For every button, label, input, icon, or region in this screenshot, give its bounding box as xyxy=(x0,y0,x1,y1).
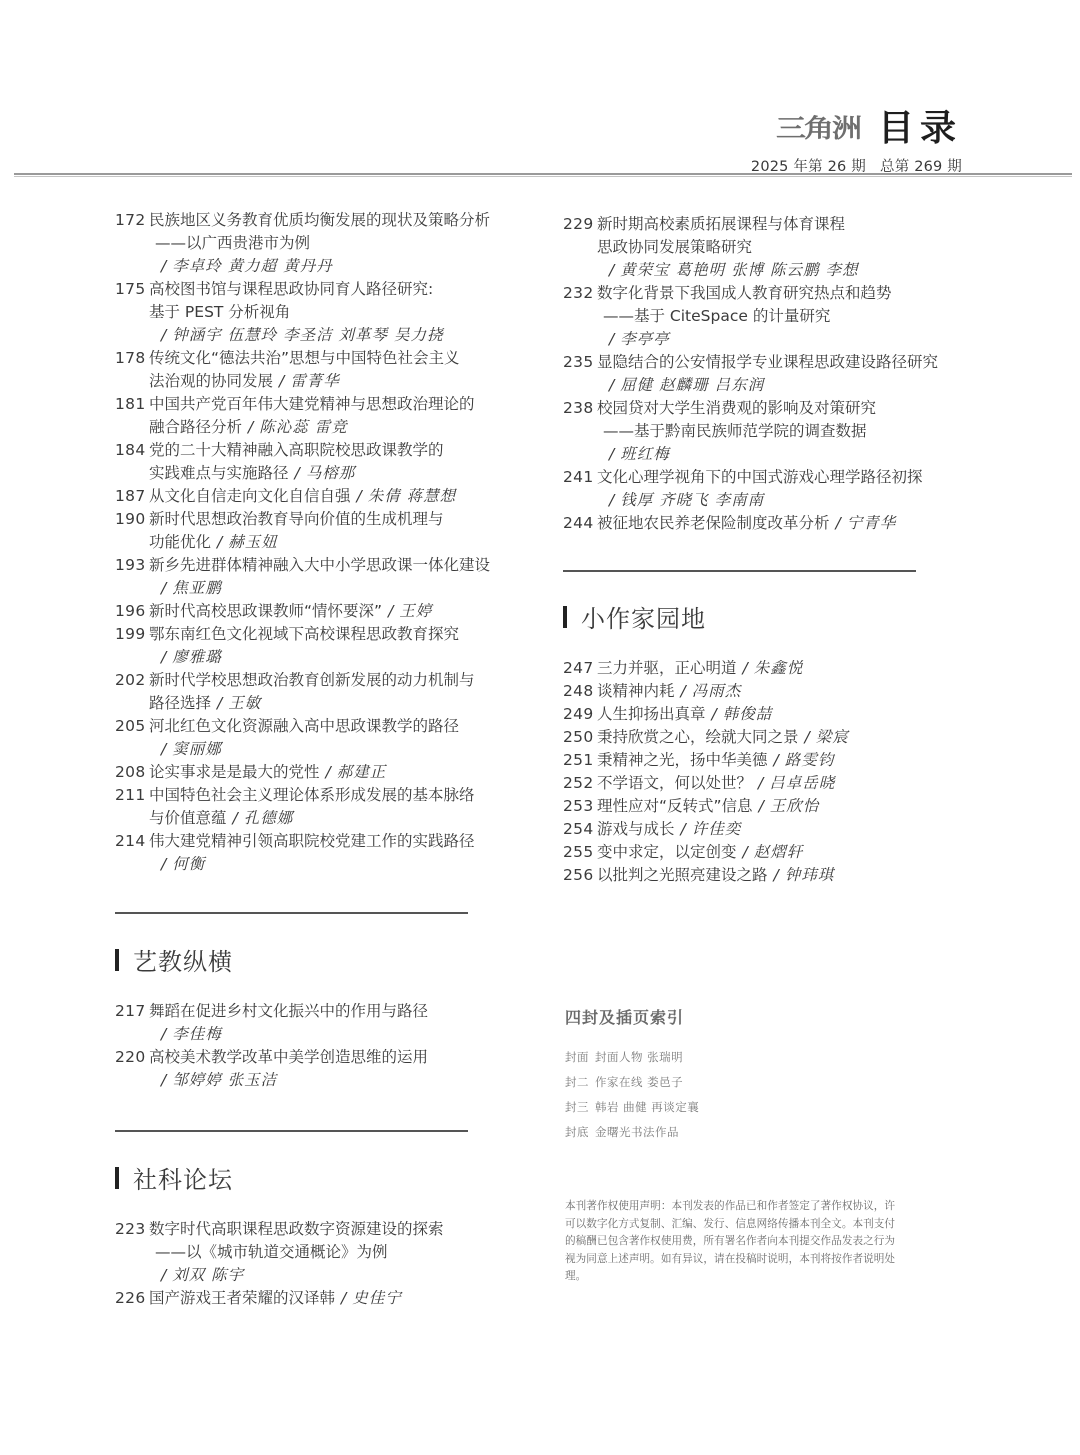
toc-entry: 187从文化自信走向文化自信自强/朱倩 蒋慧想 xyxy=(115,485,505,508)
page-number: 190 xyxy=(115,508,149,554)
article-title: 显隐结合的公安情报学专业课程思政建设路径研究 xyxy=(597,353,938,371)
section-divider xyxy=(115,912,468,914)
entry-body: 新时代学校思想政治教育创新发展的动力机制与路径选择/王敏 xyxy=(149,669,505,715)
entry-body: 数字化背景下我国成人教育研究热点和趋势——基于 CiteSpace 的计量研究/… xyxy=(597,282,953,351)
page-number: 193 xyxy=(115,554,149,600)
article-title-line: 功能优化/赫玉妞 xyxy=(149,531,505,554)
entry-body: 伟大建党精神引领高职院校党建工作的实践路径/何衡 xyxy=(149,830,505,876)
article-title: 思政协同发展策略研究 xyxy=(597,238,752,256)
cover-index-row: 封面封面人物 张瑞明 xyxy=(565,1045,885,1070)
page-number: 223 xyxy=(115,1218,149,1287)
author-line: /何衡 xyxy=(149,853,505,876)
entry-body: 党的二十大精神融入高职院校思政课教学的实践难点与实施路径/马榕那 xyxy=(149,439,505,485)
article-title-line: 秉持欣赏之心，绘就大同之景/梁宸 xyxy=(597,726,953,749)
page-number: 256 xyxy=(563,864,597,887)
author-line: /刘双 陈宇 xyxy=(149,1264,505,1287)
author-separator: / xyxy=(161,648,166,666)
author-separator: / xyxy=(341,1289,346,1307)
article-title: 功能优化 xyxy=(149,533,211,551)
entry-body: 以批判之光照亮建设之路/钟玮琪 xyxy=(597,864,953,887)
entry-body: 民族地区义务教育优质均衡发展的现状及策略分析——以广西贵港市为例/李卓玲 黄力超… xyxy=(149,209,505,278)
index-content: 封面人物 张瑞明 xyxy=(595,1050,683,1064)
page-number: 175 xyxy=(115,278,149,347)
article-title-line: 路径选择/王敏 xyxy=(149,692,505,715)
article-title-line: 以批判之光照亮建设之路/钟玮琪 xyxy=(597,864,953,887)
article-title: 路径选择 xyxy=(149,694,211,712)
index-position: 封面 xyxy=(565,1050,589,1064)
section-title: 小作家园地 xyxy=(581,599,706,634)
author-names: 郝建正 xyxy=(337,763,387,781)
article-title: 理性应对“反转式”信息 xyxy=(597,797,753,815)
section-title: 艺教纵横 xyxy=(133,942,233,977)
author-names: 陈沁蕊 雷竞 xyxy=(259,418,347,436)
author-line: /窦丽娜 xyxy=(149,738,505,761)
article-title-line: 国产游戏王者荣耀的汉译韩/史佳宁 xyxy=(149,1287,505,1310)
page-number: 232 xyxy=(563,282,597,351)
page-number: 208 xyxy=(115,761,149,784)
toc-entry: 172民族地区义务教育优质均衡发展的现状及策略分析——以广西贵港市为例/李卓玲 … xyxy=(115,209,505,278)
toc-entry: 181中国共产党百年伟大建党精神与思想政治理论的融合路径分析/陈沁蕊 雷竞 xyxy=(115,393,505,439)
author-names: 冯雨杰 xyxy=(692,682,742,700)
section-heading-social: 社科论坛 xyxy=(115,1160,505,1195)
entry-body: 新时期高校素质拓展课程与体育课程思政协同发展策略研究/黄荣宝 葛艳明 张博 陈云… xyxy=(597,213,953,282)
toc-entry: 249人生抑扬出真章/韩俊喆 xyxy=(563,703,953,726)
page-number: 252 xyxy=(563,772,597,795)
author-line: /李佳梅 xyxy=(149,1023,505,1046)
entry-body: 秉精神之光，扬中华美德/路雯钧 xyxy=(597,749,953,772)
entry-body: 人生抑扬出真章/韩俊喆 xyxy=(597,703,953,726)
author-line: /屈健 赵麟珊 吕东润 xyxy=(597,374,953,397)
author-names: 钱厚 齐晓飞 李南南 xyxy=(620,491,764,509)
article-title: 与价值意蕴 xyxy=(149,809,227,827)
page-number: 181 xyxy=(115,393,149,439)
article-title: 数字化背景下我国成人教育研究热点和趋势 xyxy=(597,284,892,302)
toc-entry: 190新时代思想政治教育导向价值的生成机理与功能优化/赫玉妞 xyxy=(115,508,505,554)
article-title-line: 与价值意蕴/孔德娜 xyxy=(149,807,505,830)
article-title: 党的二十大精神融入高职院校思政课教学的 xyxy=(149,441,444,459)
toc-entry: 196新时代高校思政课教师“情怀要深”/王婷 xyxy=(115,600,505,623)
author-separator: / xyxy=(774,751,779,769)
author-separator: / xyxy=(217,694,222,712)
toc-entry: 247三力并驱，正心明道/朱鑫悦 xyxy=(563,657,953,680)
entry-body: 不学语文，何以处世？/吕卓岳晓 xyxy=(597,772,953,795)
author-separator: / xyxy=(805,728,810,746)
article-title-line: 秉精神之光，扬中华美德/路雯钧 xyxy=(597,749,953,772)
author-separator: / xyxy=(161,257,166,275)
article-title: 鄂东南红色文化视域下高校课程思政教育探究 xyxy=(149,625,459,643)
article-title-line: 新时代高校思政课教师“情怀要深”/王婷 xyxy=(149,600,505,623)
toc-entry: 214伟大建党精神引领高职院校党建工作的实践路径/何衡 xyxy=(115,830,505,876)
toc-right-column: 229新时期高校素质拓展课程与体育课程思政协同发展策略研究/黄荣宝 葛艳明 张博… xyxy=(563,213,953,887)
author-names: 赫玉妞 xyxy=(228,533,278,551)
entry-body: 高校图书馆与课程思政协同育人路径研究:基于 PEST 分析视角/钟涵宇 伍慧玲 … xyxy=(149,278,505,347)
page-number: 244 xyxy=(563,512,597,535)
toc-list-politics: 172民族地区义务教育优质均衡发展的现状及策略分析——以广西贵港市为例/李卓玲 … xyxy=(115,209,505,876)
article-subtitle: ——以《城市轨道交通概论》为例 xyxy=(149,1241,505,1264)
author-names: 王婷 xyxy=(399,602,432,620)
toc-entry: 238校园贷对大学生消费观的影响及对策研究——基于黔南民族师范学院的调查数据/班… xyxy=(563,397,953,466)
index-position: 封三 xyxy=(565,1100,589,1114)
section-divider xyxy=(563,570,916,572)
author-separator: / xyxy=(609,445,614,463)
toc-entry: 193新乡先进群体精神融入大中小学思政课一体化建设/焦亚鹏 xyxy=(115,554,505,600)
section-title: 社科论坛 xyxy=(133,1160,233,1195)
author-separator: / xyxy=(161,855,166,873)
author-separator: / xyxy=(609,261,614,279)
article-title-line: 新时期高校素质拓展课程与体育课程 xyxy=(597,213,953,236)
entry-body: 新乡先进群体精神融入大中小学思政课一体化建设/焦亚鹏 xyxy=(149,554,505,600)
author-separator: / xyxy=(279,372,284,390)
page-number: 187 xyxy=(115,485,149,508)
author-names: 王欣怡 xyxy=(770,797,820,815)
index-content: 作家在线 娄邑子 xyxy=(595,1075,683,1089)
entry-body: 从文化自信走向文化自信自强/朱倩 蒋慧想 xyxy=(149,485,505,508)
author-names: 邹婷婷 张玉洁 xyxy=(172,1071,277,1089)
article-title: 新时代思想政治教育导向价值的生成机理与 xyxy=(149,510,444,528)
article-title: 论实事求是是最大的党性 xyxy=(149,763,320,781)
section-heading-young-writers: 小作家园地 xyxy=(563,599,953,634)
page-number: 217 xyxy=(115,1000,149,1046)
article-title: 秉持欣赏之心，绘就大同之景 xyxy=(597,728,799,746)
author-separator: / xyxy=(609,491,614,509)
toc-entry: 205河北红色文化资源融入高中思政课教学的路径/窦丽娜 xyxy=(115,715,505,761)
entry-body: 中国特色社会主义理论体系形成发展的基本脉络与价值意蕴/孔德娜 xyxy=(149,784,505,830)
toc-entry: 244被征地农民养老保险制度改革分析/宁青华 xyxy=(563,512,953,535)
author-separator: / xyxy=(609,376,614,394)
page-number: 214 xyxy=(115,830,149,876)
cover-index: 四封及插页索引 封面封面人物 张瑞明 封二作家在线 娄邑子 封三韩岩 曲健 再谈… xyxy=(565,1005,885,1145)
article-title: 新乡先进群体精神融入大中小学思政课一体化建设 xyxy=(149,556,490,574)
entry-body: 数字时代高职课程思政数字资源建设的探索——以《城市轨道交通概论》为例/刘双 陈宇 xyxy=(149,1218,505,1287)
author-line: /焦亚鹏 xyxy=(149,577,505,600)
article-title-line: 从文化自信走向文化自信自强/朱倩 蒋慧想 xyxy=(149,485,505,508)
author-separator: / xyxy=(357,487,362,505)
article-title: 中国特色社会主义理论体系形成发展的基本脉络 xyxy=(149,786,475,804)
author-separator: / xyxy=(388,602,393,620)
entry-body: 新时代高校思政课教师“情怀要深”/王婷 xyxy=(149,600,505,623)
author-names: 宁青华 xyxy=(847,514,897,532)
article-title-line: 融合路径分析/陈沁蕊 雷竞 xyxy=(149,416,505,439)
author-names: 黄荣宝 葛艳明 张博 陈云鹏 李想 xyxy=(620,261,858,279)
author-separator: / xyxy=(217,533,222,551)
article-title: 从文化自信走向文化自信自强 xyxy=(149,487,351,505)
toc-entry: 223数字时代高职课程思政数字资源建设的探索——以《城市轨道交通概论》为例/刘双… xyxy=(115,1218,505,1287)
article-subtitle: ——基于黔南民族师范学院的调查数据 xyxy=(597,420,953,443)
article-title-line: 法治观的协同发展/雷菁华 xyxy=(149,370,505,393)
author-names: 韩俊喆 xyxy=(723,705,773,723)
section-heading-art: 艺教纵横 xyxy=(115,942,505,977)
page-number: 196 xyxy=(115,600,149,623)
article-title: 河北红色文化资源融入高中思政课教学的路径 xyxy=(149,717,459,735)
author-separator: / xyxy=(295,464,300,482)
toc-list-misc: 229新时期高校素质拓展课程与体育课程思政协同发展策略研究/黄荣宝 葛艳明 张博… xyxy=(563,213,953,535)
page-number: 248 xyxy=(563,680,597,703)
article-title-line: 党的二十大精神融入高职院校思政课教学的 xyxy=(149,439,505,462)
page-number: 202 xyxy=(115,669,149,715)
article-title-line: 高校美术教学改革中美学创造思维的运用 xyxy=(149,1046,505,1069)
author-line: /李卓玲 黄力超 黄丹丹 xyxy=(149,255,505,278)
author-names: 史佳宁 xyxy=(352,1289,402,1307)
article-title: 数字时代高职课程思政数字资源建设的探索 xyxy=(149,1220,444,1238)
article-title: 民族地区义务教育优质均衡发展的现状及策略分析 xyxy=(149,211,490,229)
masthead-row: 三角洲 目录 xyxy=(751,100,962,151)
article-title: 新时代高校思政课教师“情怀要深” xyxy=(149,602,382,620)
entry-body: 舞蹈在促进乡村文化振兴中的作用与路径/李佳梅 xyxy=(149,1000,505,1046)
article-subtitle: ——以广西贵港市为例 xyxy=(149,232,505,255)
article-title-line: 新乡先进群体精神融入大中小学思政课一体化建设 xyxy=(149,554,505,577)
toc-entry: 202新时代学校思想政治教育创新发展的动力机制与路径选择/王敏 xyxy=(115,669,505,715)
entry-body: 国产游戏王者荣耀的汉译韩/史佳宁 xyxy=(149,1287,505,1310)
entry-body: 变中求定，以定创变/赵熠轩 xyxy=(597,841,953,864)
article-title-line: 校园贷对大学生消费观的影响及对策研究 xyxy=(597,397,953,420)
toc-entry: 199鄂东南红色文化视域下高校课程思政教育探究/廖雅璐 xyxy=(115,623,505,669)
article-title: 法治观的协同发展 xyxy=(149,372,273,390)
author-separator: / xyxy=(326,763,331,781)
author-names: 马榕那 xyxy=(306,464,356,482)
toc-entry: 253理性应对“反转式”信息/王欣怡 xyxy=(563,795,953,818)
author-separator: / xyxy=(609,330,614,348)
article-title-line: 不学语文，何以处世？/吕卓岳晓 xyxy=(597,772,953,795)
author-separator: / xyxy=(743,843,748,861)
index-position: 封底 xyxy=(565,1125,589,1139)
magazine-logo: 三角洲 xyxy=(776,107,860,144)
entry-body: 显隐结合的公安情报学专业课程思政建设路径研究/屈健 赵麟珊 吕东润 xyxy=(597,351,953,397)
article-title-line: 理性应对“反转式”信息/王欣怡 xyxy=(597,795,953,818)
entry-body: 新时代思想政治教育导向价值的生成机理与功能优化/赫玉妞 xyxy=(149,508,505,554)
entry-body: 谈精神内耗/冯雨杰 xyxy=(597,680,953,703)
article-title-line: 游戏与成长/许佳奕 xyxy=(597,818,953,841)
section-divider xyxy=(115,1130,468,1132)
author-separator: / xyxy=(161,326,166,344)
toc-entry: 178传统文化“德法共治”思想与中国特色社会主义法治观的协同发展/雷菁华 xyxy=(115,347,505,393)
toc-entry: 241文化心理学视角下的中国式游戏心理学路径初探/钱厚 齐晓飞 李南南 xyxy=(563,466,953,512)
article-title-line: 伟大建党精神引领高职院校党建工作的实践路径 xyxy=(149,830,505,853)
author-names: 李卓玲 黄力超 黄丹丹 xyxy=(172,257,332,275)
author-names: 焦亚鹏 xyxy=(172,579,222,597)
article-title-line: 中国特色社会主义理论体系形成发展的基本脉络 xyxy=(149,784,505,807)
page-number: 247 xyxy=(563,657,597,680)
author-line: /班红梅 xyxy=(597,443,953,466)
toc-entry: 208论实事求是是最大的党性/郝建正 xyxy=(115,761,505,784)
cover-index-row: 封二作家在线 娄邑子 xyxy=(565,1070,885,1095)
author-separator: / xyxy=(836,514,841,532)
author-separator: / xyxy=(233,809,238,827)
entry-body: 文化心理学视角下的中国式游戏心理学路径初探/钱厚 齐晓飞 李南南 xyxy=(597,466,953,512)
toc-entry: 220高校美术教学改革中美学创造思维的运用/邹婷婷 张玉洁 xyxy=(115,1046,505,1092)
author-separator: / xyxy=(712,705,717,723)
author-names: 赵熠轩 xyxy=(754,843,804,861)
article-title-line: 谈精神内耗/冯雨杰 xyxy=(597,680,953,703)
entry-body: 河北红色文化资源融入高中思政课教学的路径/窦丽娜 xyxy=(149,715,505,761)
toc-list-social: 223数字时代高职课程思政数字资源建设的探索——以《城市轨道交通概论》为例/刘双… xyxy=(115,1218,505,1310)
article-title: 传统文化“德法共治”思想与中国特色社会主义 xyxy=(149,349,460,367)
header-divider xyxy=(14,173,1072,177)
entry-body: 论实事求是是最大的党性/郝建正 xyxy=(149,761,505,784)
author-separator: / xyxy=(248,418,253,436)
article-title: 秉精神之光，扬中华美德 xyxy=(597,751,768,769)
article-title-line: 实践难点与实施路径/马榕那 xyxy=(149,462,505,485)
article-title-line: 鄂东南红色文化视域下高校课程思政教育探究 xyxy=(149,623,505,646)
article-title: 以批判之光照亮建设之路 xyxy=(597,866,768,884)
toc-entry: 175高校图书馆与课程思政协同育人路径研究:基于 PEST 分析视角/钟涵宇 伍… xyxy=(115,278,505,347)
article-title-line: 舞蹈在促进乡村文化振兴中的作用与路径 xyxy=(149,1000,505,1023)
page-number: 229 xyxy=(563,213,597,282)
article-title: 谈精神内耗 xyxy=(597,682,675,700)
article-title-line: 中国共产党百年伟大建党精神与思想政治理论的 xyxy=(149,393,505,416)
author-names: 路雯钧 xyxy=(785,751,835,769)
toc-entry: 232数字化背景下我国成人教育研究热点和趋势——基于 CiteSpace 的计量… xyxy=(563,282,953,351)
page-title: 目录 xyxy=(878,100,962,151)
author-separator: / xyxy=(759,797,764,815)
article-title: 实践难点与实施路径 xyxy=(149,464,289,482)
page-number: 178 xyxy=(115,347,149,393)
article-title: 人生抑扬出真章 xyxy=(597,705,706,723)
article-title: 校园贷对大学生消费观的影响及对策研究 xyxy=(597,399,876,417)
page-number: 220 xyxy=(115,1046,149,1092)
article-title-line: 人生抑扬出真章/韩俊喆 xyxy=(597,703,953,726)
article-title: 文化心理学视角下的中国式游戏心理学路径初探 xyxy=(597,468,923,486)
article-title-line: 被征地农民养老保险制度改革分析/宁青华 xyxy=(597,512,953,535)
page-number: 172 xyxy=(115,209,149,278)
article-title: 新时期高校素质拓展课程与体育课程 xyxy=(597,215,845,233)
page-number: 250 xyxy=(563,726,597,749)
entry-body: 理性应对“反转式”信息/王欣怡 xyxy=(597,795,953,818)
author-separator: / xyxy=(161,1266,166,1284)
article-title-line: 显隐结合的公安情报学专业课程思政建设路径研究 xyxy=(597,351,953,374)
author-names: 朱倩 蒋慧想 xyxy=(368,487,456,505)
page-number: 253 xyxy=(563,795,597,818)
section-marker-icon xyxy=(115,949,119,971)
entry-body: 被征地农民养老保险制度改革分析/宁青华 xyxy=(597,512,953,535)
author-names: 钟玮琪 xyxy=(785,866,835,884)
author-separator: / xyxy=(161,740,166,758)
article-title: 中国共产党百年伟大建党精神与思想政治理论的 xyxy=(149,395,475,413)
page-number: 249 xyxy=(563,703,597,726)
author-names: 班红梅 xyxy=(620,445,670,463)
author-names: 李佳梅 xyxy=(172,1025,222,1043)
article-title: 不学语文，何以处世？ xyxy=(597,774,752,792)
article-title: 国产游戏王者荣耀的汉译韩 xyxy=(149,1289,335,1307)
entry-body: 三力并驱，正心明道/朱鑫悦 xyxy=(597,657,953,680)
article-title: 伟大建党精神引领高职院校党建工作的实践路径 xyxy=(149,832,475,850)
toc-list-art: 217舞蹈在促进乡村文化振兴中的作用与路径/李佳梅220高校美术教学改革中美学创… xyxy=(115,1000,505,1092)
section-marker-icon xyxy=(563,606,567,628)
toc-left-column: 172民族地区义务教育优质均衡发展的现状及策略分析——以广西贵港市为例/李卓玲 … xyxy=(115,209,505,1310)
author-line: /邹婷婷 张玉洁 xyxy=(149,1069,505,1092)
entry-body: 游戏与成长/许佳奕 xyxy=(597,818,953,841)
article-title: 基于 PEST 分析视角 xyxy=(149,303,290,321)
toc-entry: 184党的二十大精神融入高职院校思政课教学的实践难点与实施路径/马榕那 xyxy=(115,439,505,485)
toc-entry: 235显隐结合的公安情报学专业课程思政建设路径研究/屈健 赵麟珊 吕东润 xyxy=(563,351,953,397)
toc-entry: 254游戏与成长/许佳奕 xyxy=(563,818,953,841)
article-title-line: 文化心理学视角下的中国式游戏心理学路径初探 xyxy=(597,466,953,489)
author-names: 孔德娜 xyxy=(244,809,294,827)
author-line: /钱厚 齐晓飞 李南南 xyxy=(597,489,953,512)
article-title: 融合路径分析 xyxy=(149,418,242,436)
entry-body: 中国共产党百年伟大建党精神与思想政治理论的融合路径分析/陈沁蕊 雷竞 xyxy=(149,393,505,439)
page-number: 241 xyxy=(563,466,597,512)
author-names: 朱鑫悦 xyxy=(754,659,804,677)
page-number: 235 xyxy=(563,351,597,397)
article-title-line: 基于 PEST 分析视角 xyxy=(149,301,505,324)
page-number: 205 xyxy=(115,715,149,761)
article-title-line: 新时代学校思想政治教育创新发展的动力机制与 xyxy=(149,669,505,692)
cover-index-row: 封底金曙光书法作品 xyxy=(565,1120,885,1145)
page-number: 226 xyxy=(115,1287,149,1310)
author-names: 刘双 陈宇 xyxy=(172,1266,244,1284)
page-number: 211 xyxy=(115,784,149,830)
article-title-line: 数字化背景下我国成人教育研究热点和趋势 xyxy=(597,282,953,305)
page-number: 199 xyxy=(115,623,149,669)
index-position: 封二 xyxy=(565,1075,589,1089)
toc-entry: 211中国特色社会主义理论体系形成发展的基本脉络与价值意蕴/孔德娜 xyxy=(115,784,505,830)
author-names: 李亭亭 xyxy=(620,330,670,348)
toc-entry: 229新时期高校素质拓展课程与体育课程思政协同发展策略研究/黄荣宝 葛艳明 张博… xyxy=(563,213,953,282)
article-title: 高校图书馆与课程思政协同育人路径研究: xyxy=(149,280,433,298)
entry-body: 高校美术教学改革中美学创造思维的运用/邹婷婷 张玉洁 xyxy=(149,1046,505,1092)
toc-list-young-writers: 247三力并驱，正心明道/朱鑫悦248谈精神内耗/冯雨杰249人生抑扬出真章/韩… xyxy=(563,657,953,887)
author-separator: / xyxy=(161,579,166,597)
article-title: 三力并驱，正心明道 xyxy=(597,659,737,677)
index-content: 金曙光书法作品 xyxy=(595,1125,679,1139)
cover-index-title: 四封及插页索引 xyxy=(565,1005,885,1028)
page-number: 184 xyxy=(115,439,149,485)
entry-body: 鄂东南红色文化视域下高校课程思政教育探究/廖雅璐 xyxy=(149,623,505,669)
page-number: 238 xyxy=(563,397,597,466)
author-names: 窦丽娜 xyxy=(172,740,222,758)
article-title-line: 传统文化“德法共治”思想与中国特色社会主义 xyxy=(149,347,505,370)
article-title-line: 三力并驱，正心明道/朱鑫悦 xyxy=(597,657,953,680)
author-separator: / xyxy=(774,866,779,884)
author-separator: / xyxy=(161,1025,166,1043)
author-line: /钟涵宇 伍慧玲 李圣洁 刘革琴 吴力挠 xyxy=(149,324,505,347)
author-separator: / xyxy=(681,820,686,838)
article-title-line: 河北红色文化资源融入高中思政课教学的路径 xyxy=(149,715,505,738)
author-names: 廖雅璐 xyxy=(172,648,222,666)
author-names: 何衡 xyxy=(172,855,205,873)
author-separator: / xyxy=(161,1071,166,1089)
article-title-line: 新时代思想政治教育导向价值的生成机理与 xyxy=(149,508,505,531)
article-title: 变中求定，以定创变 xyxy=(597,843,737,861)
toc-entry: 250秉持欣赏之心，绘就大同之景/梁宸 xyxy=(563,726,953,749)
entry-body: 秉持欣赏之心，绘就大同之景/梁宸 xyxy=(597,726,953,749)
article-title-line: 变中求定，以定创变/赵熠轩 xyxy=(597,841,953,864)
article-title-line: 高校图书馆与课程思政协同育人路径研究: xyxy=(149,278,505,301)
toc-entry: 248谈精神内耗/冯雨杰 xyxy=(563,680,953,703)
article-title: 新时代学校思想政治教育创新发展的动力机制与 xyxy=(149,671,475,689)
toc-entry: 226国产游戏王者荣耀的汉译韩/史佳宁 xyxy=(115,1287,505,1310)
article-title-line: 民族地区义务教育优质均衡发展的现状及策略分析 xyxy=(149,209,505,232)
author-line: /黄荣宝 葛艳明 张博 陈云鹏 李想 xyxy=(597,259,953,282)
page-number: 254 xyxy=(563,818,597,841)
cover-index-row: 封三韩岩 曲健 再谈定襄 xyxy=(565,1095,885,1120)
toc-entry: 255变中求定，以定创变/赵熠轩 xyxy=(563,841,953,864)
author-names: 王敏 xyxy=(228,694,261,712)
author-names: 雷菁华 xyxy=(290,372,340,390)
article-title: 游戏与成长 xyxy=(597,820,675,838)
author-names: 梁宸 xyxy=(816,728,849,746)
page-number: 251 xyxy=(563,749,597,772)
article-title-line: 数字时代高职课程思政数字资源建设的探索 xyxy=(149,1218,505,1241)
author-separator: / xyxy=(758,774,763,792)
page-number: 255 xyxy=(563,841,597,864)
masthead: 三角洲 目录 2025 年第 26 期总第 269 期 xyxy=(751,100,962,176)
toc-entry: 251秉精神之光，扬中华美德/路雯钧 xyxy=(563,749,953,772)
author-separator: / xyxy=(681,682,686,700)
author-separator: / xyxy=(743,659,748,677)
toc-entry: 252不学语文，何以处世？/吕卓岳晓 xyxy=(563,772,953,795)
author-names: 吕卓岳晓 xyxy=(769,774,835,792)
